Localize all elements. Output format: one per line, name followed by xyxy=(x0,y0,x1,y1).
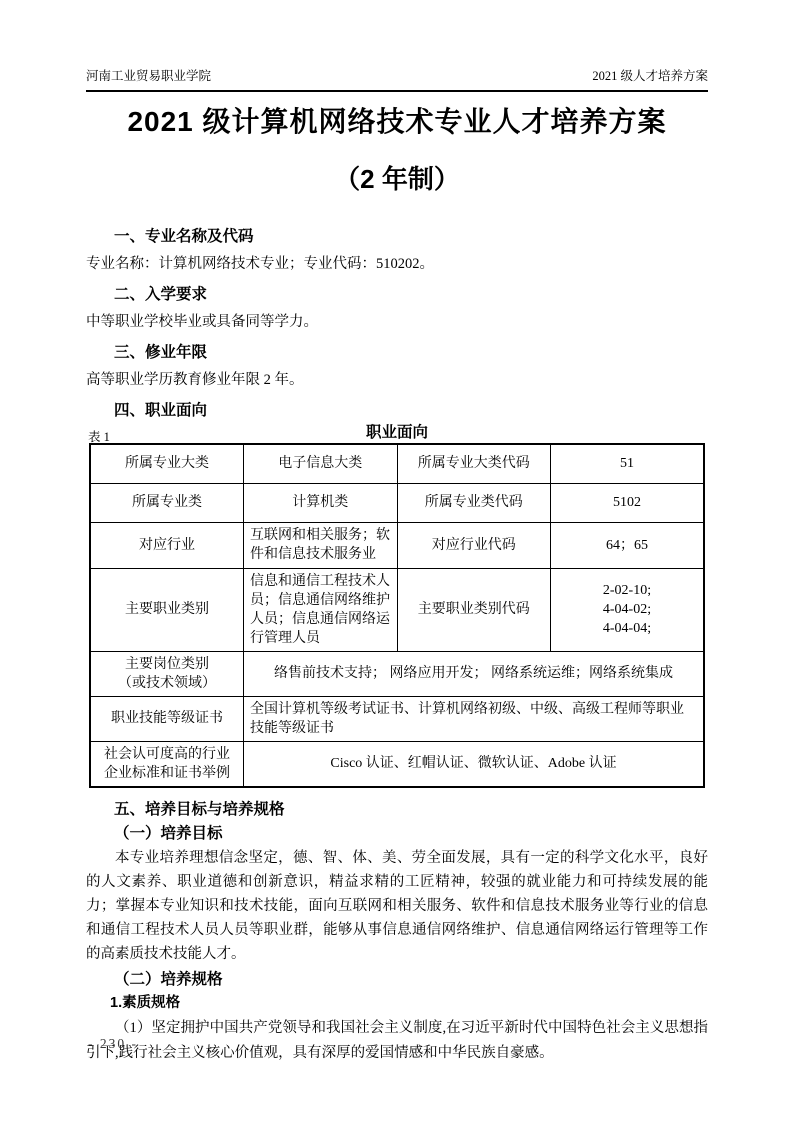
table-row: 主要岗位类别 （或技术领域） 络售前技术支持； 网络应用开发； 网络系统运维；网… xyxy=(90,651,704,696)
table-cell: 所属专业大类代码 xyxy=(397,444,551,483)
section-5-sub1-heading: （一）培养目标 xyxy=(114,824,708,844)
table-cell: 2-02-10; 4-04-02; 4-04-04; xyxy=(551,568,705,651)
page-content: 河南工业贸易职业学院 2021 级人才培养方案 2021 级计算机网络技术专业人… xyxy=(86,0,708,1066)
section-4-heading: 四、职业面向 xyxy=(114,401,708,421)
table-cell: 电子信息大类 xyxy=(244,444,398,483)
table-cell: 主要职业类别代码 xyxy=(397,568,551,651)
header-doc-name: 2021 级人才培养方案 xyxy=(592,68,708,84)
table-cell: 51 xyxy=(551,444,705,483)
table-cell: 64；65 xyxy=(551,522,705,568)
table-caption: 职业面向 xyxy=(86,423,708,443)
career-orientation-table: 所属专业大类 电子信息大类 所属专业大类代码 51 所属专业类 计算机类 所属专… xyxy=(89,443,705,788)
page-header: 河南工业贸易职业学院 2021 级人才培养方案 xyxy=(86,0,708,92)
table-cell: 互联网和相关服务；软件和信息技术服务业 xyxy=(244,522,398,568)
table-number-label: 表 1 xyxy=(88,427,110,445)
header-school-name: 河南工业贸易职业学院 xyxy=(86,68,211,84)
table-row: 对应行业 互联网和相关服务；软件和信息技术服务业 对应行业代码 64；65 xyxy=(90,522,704,568)
table-cell: Cisco 认证、红帽认证、微软认证、Adobe 认证 xyxy=(244,741,705,787)
document-title: 2021 级计算机网络技术专业人才培养方案 xyxy=(86,105,708,139)
table-cell: 社会认可度高的行业 企业标准和证书举例 xyxy=(90,741,244,787)
table-cell: 对应行业代码 xyxy=(397,522,551,568)
table-row: 主要职业类别 信息和通信工程技术人员；信息通信网络维护人员；信息通信网络运行管理… xyxy=(90,568,704,651)
table-cell: 主要职业类别 xyxy=(90,568,244,651)
section-3-heading: 三、修业年限 xyxy=(114,343,708,363)
section-1-heading: 一、专业名称及代码 xyxy=(114,227,708,247)
section-2-heading: 二、入学要求 xyxy=(114,285,708,305)
quality-spec-heading: 1.素质规格 xyxy=(110,994,708,1012)
table-row: 职业技能等级证书 全国计算机等级考试证书、计算机网络初级、中级、高级工程师等职业… xyxy=(90,696,704,741)
table-row: 所属专业大类 电子信息大类 所属专业大类代码 51 xyxy=(90,444,704,483)
page-number: - 230 - xyxy=(88,1036,138,1052)
table-cell: 主要岗位类别 （或技术领域） xyxy=(90,651,244,696)
table-row: 所属专业类 计算机类 所属专业类代码 5102 xyxy=(90,483,704,522)
training-goal-paragraph: 本专业培养理想信念坚定，德、智、体、美、劳全面发展，具有一定的科学文化水平，良好… xyxy=(86,846,708,966)
section-2-body: 中等职业学校毕业或具备同等学力。 xyxy=(86,311,708,333)
table-cell: 职业技能等级证书 xyxy=(90,696,244,741)
table-row: 社会认可度高的行业 企业标准和证书举例 Cisco 认证、红帽认证、微软认证、A… xyxy=(90,741,704,787)
quality-spec-paragraph: （1）坚定拥护中国共产党领导和我国社会主义制度,在习近平新时代中国特色社会主义思… xyxy=(86,1016,708,1066)
document-page: 河南工业贸易职业学院 2021 级人才培养方案 2021 级计算机网络技术专业人… xyxy=(0,0,793,1122)
section-1-body: 专业名称：计算机网络技术专业；专业代码：510202。 xyxy=(86,253,708,275)
table-cell: 所属专业类代码 xyxy=(397,483,551,522)
table-cell: 信息和通信工程技术人员；信息通信网络维护人员；信息通信网络运行管理人员 xyxy=(244,568,398,651)
section-5-sub2-heading: （二）培养规格 xyxy=(114,970,708,990)
table-cell: 所属专业大类 xyxy=(90,444,244,483)
table-cell: 络售前技术支持； 网络应用开发； 网络系统运维；网络系统集成 xyxy=(244,651,705,696)
table-cell: 所属专业类 xyxy=(90,483,244,522)
section-3-body: 高等职业学历教育修业年限 2 年。 xyxy=(86,369,708,391)
table-cell: 全国计算机等级考试证书、计算机网络初级、中级、高级工程师等职业技能等级证书 xyxy=(244,696,705,741)
table-cell: 5102 xyxy=(551,483,705,522)
table-cell: 对应行业 xyxy=(90,522,244,568)
table-cell: 计算机类 xyxy=(244,483,398,522)
table-caption-row: 表 1 职业面向 xyxy=(86,423,708,443)
document-subtitle: （2 年制） xyxy=(86,163,708,195)
section-5-heading: 五、培养目标与培养规格 xyxy=(114,800,708,820)
